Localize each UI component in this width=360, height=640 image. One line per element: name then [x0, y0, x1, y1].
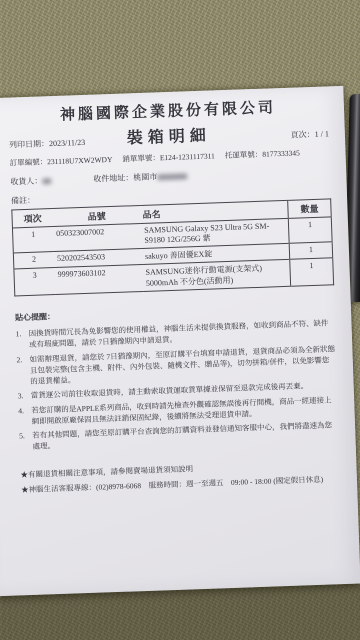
order-number-label: 訂單編號： [10, 157, 48, 167]
photo-of-packing-slip: 神腦國際企業股份有限公司 列印日期：2023/11/23 裝箱明細 頁次：1 /… [0, 0, 360, 640]
print-date: 列印日期：2023/11/23 [9, 137, 86, 153]
shipping-number: 托運單號：8177333345 [225, 147, 300, 161]
item-qty: 1 [290, 258, 334, 286]
redacted-receiver-name [42, 178, 51, 184]
sales-number: 銷單單號：E124-1231117311 [122, 150, 215, 164]
order-number-value: 231118U7XW2WDY [47, 155, 113, 166]
header-item-no: 項次 [12, 209, 53, 228]
page-number: 頁次：1 / 1 [290, 128, 329, 142]
item-qty: 1 [289, 242, 333, 259]
sales-number-value: E124-1231117311 [160, 151, 215, 162]
sales-number-label: 銷單單號： [122, 153, 160, 163]
print-date-label: 列印日期： [9, 139, 49, 149]
notice-number: 1. [15, 328, 29, 351]
packing-slip-paper: 神腦國際企業股份有限公司 列印日期：2023/11/23 裝箱明細 頁次：1 /… [0, 86, 360, 596]
redacted-address [157, 173, 187, 180]
notice-number: 4. [18, 404, 32, 427]
header-item-qty: 數量 [288, 199, 332, 218]
notice-number: 3. [18, 390, 31, 402]
address-label: 收件地址： [93, 173, 133, 183]
notice-number: 2. [16, 353, 30, 387]
address: 收件地址：桃園市 [93, 170, 187, 184]
address-value: 桃園市 [133, 172, 157, 182]
shipping-number-label: 托運單號： [225, 150, 263, 160]
receiver-label: 收貨人： [10, 176, 42, 186]
items-table: 項次 品號 品名 數量 1 050323007002 SAMSUNG Galax… [11, 198, 334, 296]
item-name: SAMSUNG迷你行動電源(支架式) 5000mAh 不分色(活動用) [142, 259, 290, 291]
page-label: 頁次： [290, 130, 314, 140]
item-no: 2 [13, 252, 54, 269]
shipping-number-value: 8177333345 [262, 148, 300, 158]
order-number: 訂單編號：231118U7XW2WDY [9, 154, 112, 169]
item-no: 1 [12, 227, 53, 253]
receiver: 收貨人： [10, 175, 51, 187]
notice-number: 5. [19, 430, 33, 453]
item-qty: 1 [288, 217, 332, 243]
receiver-row: 收貨人： 收件地址：桃園市 [10, 165, 330, 187]
footnote-section: ★有關退貨相關注意事項，請參閱賣場退貨須知說明 ★神腦生活客服專線：(02)89… [20, 456, 341, 499]
remark-label: 備註： [11, 196, 35, 206]
item-no: 3 [14, 268, 55, 296]
print-date-value: 2023/11/23 [49, 138, 85, 148]
notice-list: 1. 因換貨時間冗長為免影響您的使用權益，神腦生活未提供換貨服務，如收到商品不符… [15, 317, 339, 453]
document-title: 裝箱明細 [126, 122, 211, 148]
page-value: 1 / 1 [314, 129, 329, 138]
item-code: 050323007002 [53, 223, 142, 251]
item-code: 999973603102 [54, 264, 143, 294]
